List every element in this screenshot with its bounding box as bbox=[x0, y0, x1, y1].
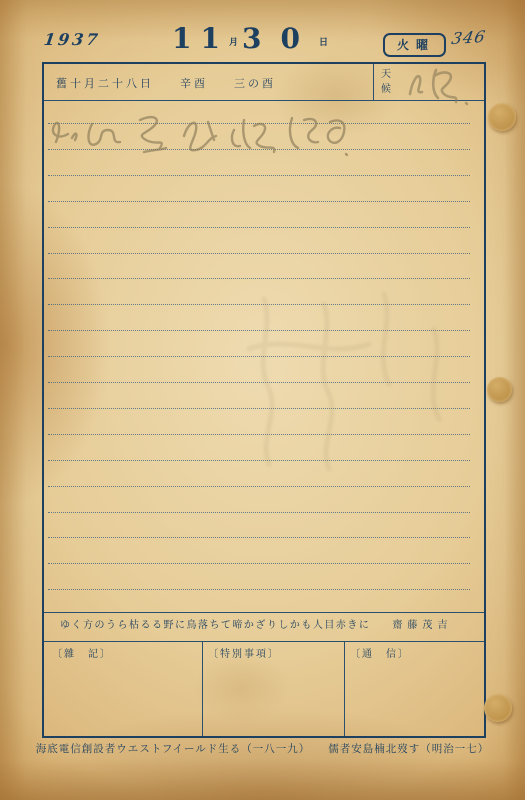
month-number: 11 bbox=[172, 22, 229, 55]
binding-dot-bottom bbox=[484, 694, 512, 722]
ruled-line bbox=[48, 253, 470, 254]
poem-line: ゆく方のうら枯るる野に鳥落ちて啼かざりしかも人目赤きに齋藤茂吉 bbox=[60, 616, 452, 631]
weather-cell: 天 候 bbox=[373, 64, 484, 100]
ruled-line bbox=[48, 227, 470, 228]
date-heading: 11月30日 bbox=[172, 22, 332, 55]
poem-author: 齋藤茂吉 bbox=[392, 620, 452, 631]
sexagenary-day: 辛酉 bbox=[180, 77, 208, 90]
ruled-line bbox=[48, 589, 470, 590]
section-label-correspondence: 〔通 信〕 bbox=[350, 645, 410, 660]
ruled-line bbox=[48, 563, 470, 564]
calendar-row: 舊十月二十八日辛酉三の酉 天 候 bbox=[44, 64, 484, 101]
day-unit: 日 bbox=[319, 38, 328, 48]
ruled-line bbox=[48, 537, 470, 538]
section-divider-1 bbox=[202, 641, 203, 736]
weather-label-char2: 候 bbox=[381, 82, 391, 97]
binding-dot-middle bbox=[487, 377, 512, 402]
footer-event-2: 儒者安島楠北歿す（明治一七） bbox=[328, 743, 489, 755]
poem-text: ゆく方のうら枯るる野に鳥落ちて啼かざりしかも人目赤きに bbox=[60, 620, 370, 631]
handwritten-weather bbox=[400, 62, 480, 108]
ruled-line bbox=[48, 278, 470, 279]
year-label: 1937 bbox=[43, 30, 102, 49]
section-divider-2 bbox=[344, 641, 345, 736]
footer-event-1: 海底電信創設者ウエストフイールド生る（一八一九） bbox=[36, 743, 311, 755]
ruled-line bbox=[48, 201, 470, 202]
binding-dot-top bbox=[488, 103, 516, 131]
ruled-line bbox=[48, 175, 470, 176]
handwritten-entry bbox=[48, 106, 348, 168]
weather-label-char1: 天 bbox=[381, 67, 391, 82]
diary-page: 1937 11月30日 火曜 346 舊十月二十八日辛酉三の酉 天 候 bbox=[0, 0, 525, 800]
month-unit: 月 bbox=[229, 38, 238, 48]
footer-events: 海底電信創設者ウエストフイールド生る（一八一九）儒者安島楠北歿す（明治一七） bbox=[0, 741, 525, 756]
poem-top-rule bbox=[44, 612, 484, 613]
day-number: 30 bbox=[242, 22, 319, 55]
bleedthrough-ghost-writing bbox=[234, 289, 474, 489]
section-label-notes: 〔雜 記〕 bbox=[52, 645, 112, 660]
lunar-date: 舊十月二十八日 bbox=[56, 77, 154, 90]
section-label-special: 〔特別事項〕 bbox=[208, 645, 280, 660]
weather-label: 天 候 bbox=[381, 67, 391, 97]
diary-form-frame: 舊十月二十八日辛酉三の酉 天 候 bbox=[42, 62, 486, 738]
tori-day: 三の酉 bbox=[234, 77, 276, 90]
page-number: 346 bbox=[450, 27, 487, 48]
lunar-date-line: 舊十月二十八日辛酉三の酉 bbox=[56, 75, 276, 91]
poem-bottom-rule bbox=[44, 641, 484, 642]
ruled-line bbox=[48, 512, 470, 513]
weekday-badge: 火曜 bbox=[383, 33, 446, 57]
